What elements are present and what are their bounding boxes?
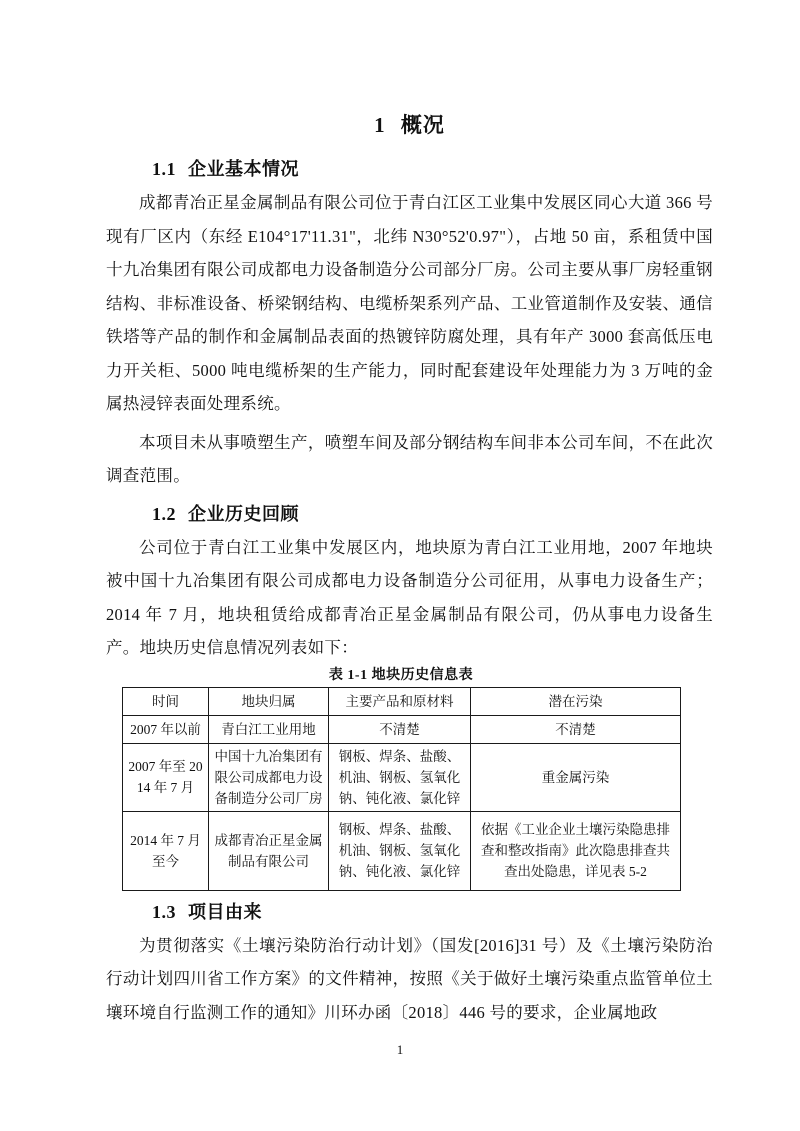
paragraph-project-origin: 为贯彻落实《土壤污染防治行动计划》（国发[2016]31 号）及《土壤污染防治行… [106, 929, 713, 1030]
cell-time-3: 2014 年 7 月至今 [123, 811, 209, 890]
col-header-pollution: 潜在污染 [471, 687, 681, 715]
section-heading-1-3: 1.3 项目由来 [106, 900, 713, 924]
table-caption: 表 1-1 地块历史信息表 [122, 666, 680, 686]
page-number: 1 [0, 1042, 800, 1058]
paragraph-site-history: 公司位于青白江工业集中发展区内，地块原为青白江工业用地，2007 年地块被中国十… [106, 531, 713, 665]
cell-products-1: 不清楚 [329, 715, 471, 743]
cell-products-2: 钢板、焊条、盐酸、机油、钢板、氢氧化钠、钝化液、氯化锌 [329, 743, 471, 811]
cell-time-1: 2007 年以前 [123, 715, 209, 743]
table-header-row: 时间 地块归属 主要产品和原材料 潜在污染 [123, 687, 681, 715]
cell-ownership-3: 成都青冶正星金属制品有限公司 [209, 811, 329, 890]
paragraph-scope-note: 本项目未从事喷塑生产，喷塑车间及部分钢结构车间非本公司车间，不在此次调查范围。 [106, 426, 713, 493]
cell-time-2: 2007 年至 2014 年 7 月 [123, 743, 209, 811]
paragraph-company-overview: 成都青冶正星金属制品有限公司位于青白江区工业集中发展区同心大道 366 号现有厂… [106, 186, 713, 421]
cell-ownership-1: 青白江工业用地 [209, 715, 329, 743]
cell-pollution-1: 不清楚 [471, 715, 681, 743]
col-header-products: 主要产品和原材料 [329, 687, 471, 715]
table-row: 2007 年至 2014 年 7 月 中国十九冶集团有限公司成都电力设备制造分公… [123, 743, 681, 811]
cell-pollution-3: 依据《工业企业土壤污染隐患排查和整改指南》此次隐患排查共查出处隐患，详见表 5-… [471, 811, 681, 890]
section-heading-1-1: 1.1 企业基本情况 [106, 157, 713, 181]
col-header-time: 时间 [123, 687, 209, 715]
cell-products-3: 钢板、焊条、盐酸、机油、钢板、氢氧化钠、钝化液、氯化锌 [329, 811, 471, 890]
cell-pollution-2: 重金属污染 [471, 743, 681, 811]
land-history-table: 时间 地块归属 主要产品和原材料 潜在污染 2007 年以前 青白江工业用地 不… [122, 687, 681, 891]
col-header-ownership: 地块归属 [209, 687, 329, 715]
table-row: 2014 年 7 月至今 成都青冶正星金属制品有限公司 钢板、焊条、盐酸、机油、… [123, 811, 681, 890]
document-page: 1 概况 1.1 企业基本情况 成都青冶正星金属制品有限公司位于青白江区工业集中… [0, 0, 800, 1131]
section-heading-1-2: 1.2 企业历史回顾 [106, 502, 713, 526]
table-row: 2007 年以前 青白江工业用地 不清楚 不清楚 [123, 715, 681, 743]
cell-ownership-2: 中国十九冶集团有限公司成都电力设备制造分公司厂房 [209, 743, 329, 811]
chapter-title: 1 概况 [106, 112, 713, 138]
